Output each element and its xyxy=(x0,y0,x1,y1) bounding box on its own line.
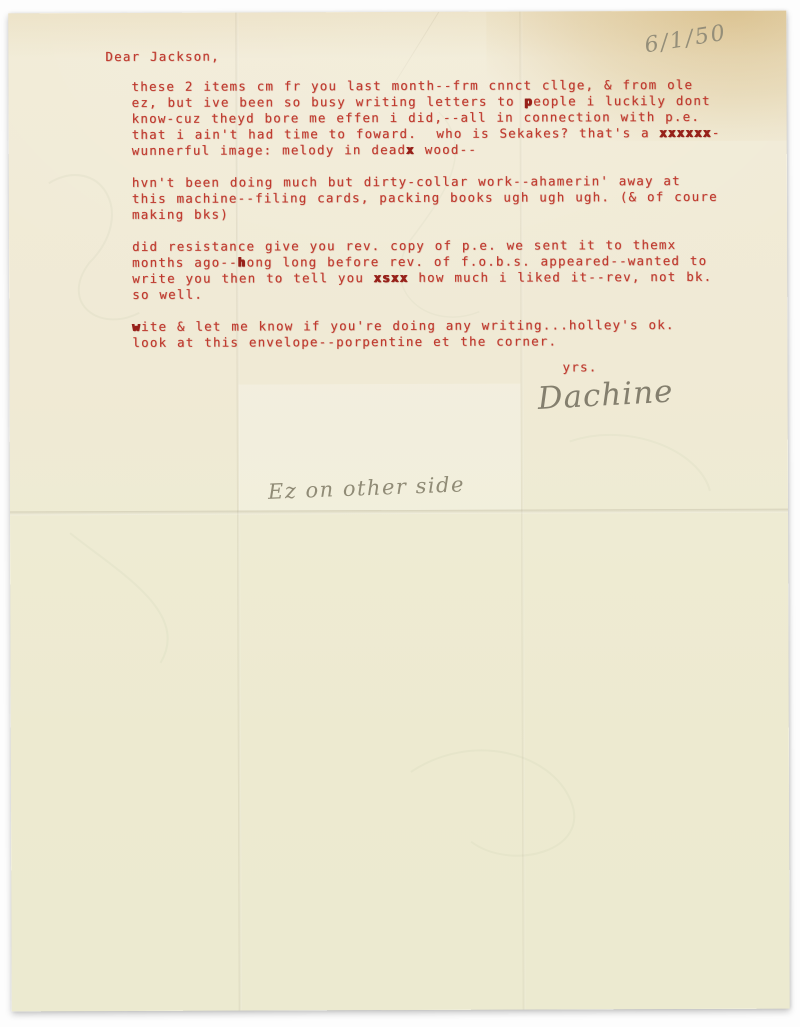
handwritten-note: Ez on other side xyxy=(268,472,466,504)
paragraph: wite & let me know if you're doing any w… xyxy=(132,317,780,351)
letter-body: these 2 items cm fr you last month--frm … xyxy=(131,77,780,367)
letter-paper: 6/1/50 Dear Jackson, these 2 items cm fr… xyxy=(8,11,789,1012)
horizontal-fold-crease xyxy=(10,509,788,516)
handwritten-signature: Dachine xyxy=(537,374,675,418)
typed-line: write you then to tell you xsxx how much… xyxy=(132,269,780,287)
handwritten-date: 6/1/50 xyxy=(643,21,729,59)
scanned-letter-page: 6/1/50 Dear Jackson, these 2 items cm fr… xyxy=(0,0,800,1027)
salutation: Dear Jackson, xyxy=(105,49,219,65)
paragraph: hvn't been doing much but dirty-collar w… xyxy=(132,173,780,223)
typed-line: so well. xyxy=(132,285,780,303)
typed-line: look at this envelope--porpentine et the… xyxy=(132,333,780,351)
closing: yrs. xyxy=(562,359,597,375)
typed-line: making bks) xyxy=(132,205,780,223)
typed-line: wunnerful image: melody in deadx wood-- xyxy=(132,141,780,159)
typed-line: this machine--filing cards, packing book… xyxy=(132,189,780,207)
typed-line: that i ain't had time to foward. who is … xyxy=(132,125,780,143)
paragraph: these 2 items cm fr you last month--frm … xyxy=(131,77,779,159)
paragraph: did resistance give you rev. copy of p.e… xyxy=(132,237,780,303)
